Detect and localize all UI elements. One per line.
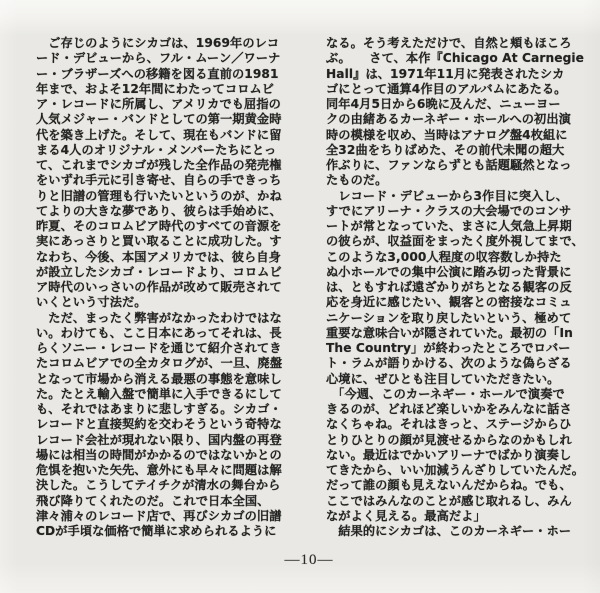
text-line: 津々浦々のレコード店で、再びシカゴの旧譜 (36, 509, 282, 524)
text-line: となって市場から消える最悪の事態を意味し (36, 372, 282, 387)
text-line: ゴにとって通算4作目のアルバムにあたる。 (326, 82, 572, 97)
text-line: が設立したシカゴ・レコードより、コロムビ (36, 265, 282, 280)
text-line: ートが常となっていた、まさに人気急上昇期 (326, 219, 572, 234)
text-line: いくという寸法だ。 (36, 295, 282, 310)
text-line: の彼らが、収益面をまったく度外視してまで、 (326, 234, 572, 249)
text-line: Hall』は、1971年11月に発表されたシカ (326, 67, 572, 82)
text-line: 危惧を抱いた矢先、意外にも早々に問題は解 (36, 463, 282, 478)
text-line: てきたから、いい加減うんざりしていたんだ。 (326, 463, 572, 478)
text-line: 全32曲をちりばめた、その前代未聞の超大 (326, 143, 572, 158)
text-line: りと旧譜の管理も行いたいというのが、かね (36, 189, 282, 204)
text-line: 応を身近に感じたい、観客との密接なコミュ (326, 295, 572, 310)
text-line: だって誰の顔も見えないんだからね。でも、 (326, 478, 572, 493)
text-column-right: なる。そう考えただけで、自然と頬もほころぶ。 さて、本作『Chicago At … (326, 36, 572, 539)
text-line: 飛び降りてくれたのだ。これで日本全国、 (36, 494, 282, 509)
text-line: とりひとりの顔が見渡せるからなのかもしれ (326, 433, 572, 448)
text-line: 「今週、このカーネギー・ホールで演奏で (326, 387, 572, 402)
text-line: い。わけても、ここ日本にあってそれは、長 (36, 326, 282, 341)
text-line: 作ぶりに、ファンならずとも話題騒然となっ (326, 158, 572, 173)
text-line: たものだ。 (326, 173, 572, 188)
text-line: 代を築き上げた。そして、現在もバンドに留 (36, 128, 282, 143)
text-line: レコード・デビューから3作目に突入し、 (326, 189, 572, 204)
text-line: ご存じのようにシカゴは、1969年のレコ (36, 36, 282, 51)
text-line: ぶ。 さて、本作『Chicago At Carnegie (326, 51, 572, 66)
text-line: CDが手頃な価格で簡単に求められるように (36, 524, 282, 539)
text-line: まる4人のオリジナル・メンバーたちにとっ (36, 143, 282, 158)
text-column-left: ご存じのようにシカゴは、1969年のレコード・デビューから、フル・ムーン／ワーナ… (36, 36, 282, 539)
text-line: たコロムビアでの全カタログが、一旦、廃盤 (36, 356, 282, 371)
text-line: は、ともすれば遠ざかりがちとなる観客の反 (326, 280, 572, 295)
text-line: 結果的にシカゴは、このカーネギー・ホー (326, 524, 572, 539)
text-line: ただ、まったく弊害がなかったわけではな (36, 311, 282, 326)
text-line: ここではみんなのことが感じ取れるし、みん (326, 494, 572, 509)
text-line: 場には相当の時間がかかるのではないかとの (36, 448, 282, 463)
text-line: ア時代のいっさいの作品が改めて販売されて (36, 280, 282, 295)
text-line: なくちゃね。それはきっと、ステージからひ (326, 417, 572, 432)
text-line: きるのが、どれほど楽しいかをみんなに話さ (326, 402, 572, 417)
text-line: The Country」が終わったところでロバー (326, 341, 572, 356)
text-line: ー・ブラザーズへの移籍を図る直前の1981 (36, 67, 282, 82)
text-line: 昨夏、そのコロムビア時代のすべての音源を (36, 219, 282, 234)
text-line: ぬ小ホールでの集中公演に踏み切った背景に (326, 265, 572, 280)
text-line: てよりの大きな夢であり、彼らは手始めに、 (36, 204, 282, 219)
text-line: をいずれ手元に引き寄せ、自らの手できっち (36, 173, 282, 188)
text-line: レコード会社が現れない限り、国内盤の再登 (36, 433, 282, 448)
text-line: 年まで、およそ12年間にわたってコロムビ (36, 82, 282, 97)
text-line: ニケーションを取り戻したいという、極めて (326, 311, 572, 326)
text-line: 同年4月5日から6晩に及んだ、ニューヨー (326, 97, 572, 112)
scanned-liner-notes-page: ご存じのようにシカゴは、1969年のレコード・デビューから、フル・ムーン／ワーナ… (0, 0, 600, 593)
text-line: ード・デビューから、フル・ムーン／ワーナ (36, 51, 282, 66)
text-line: ト・ラムが語りかける、次のような偽らざる (326, 356, 572, 371)
text-line: ながよく見える。最高だよ」 (326, 509, 572, 524)
text-line: すでにアリーナ・クラスの大会場でのコンサ (326, 204, 572, 219)
text-line: レコードと直接契約を交わそうという奇特な (36, 417, 282, 432)
page-number: —10— (0, 552, 600, 569)
text-line: も、それではあまりに悲しすぎる。シカゴ・ (36, 402, 282, 417)
text-line: て、これまでシカゴが残した全作品の発売権 (36, 158, 282, 173)
text-line: らくソニー・レコードを通じて紹介されてき (36, 341, 282, 356)
text-line: 心境に、ぜひとも注目していただきたい。 (326, 372, 572, 387)
text-line: た。たとえ輸入盤で簡単に入手できるにして (36, 387, 282, 402)
text-line: なわち、今後、本国アメリカでは、彼ら自身 (36, 250, 282, 265)
text-line: 時の模様を収め、当時はアナログ盤4枚組に (326, 128, 572, 143)
text-line: 決した。こうしてテイチクが清水の舞台から (36, 478, 282, 493)
text-line: 重要な意味合いが隠されていた。最初の「In (326, 326, 572, 341)
text-line: なる。そう考えただけで、自然と頬もほころ (326, 36, 572, 51)
text-line: ア・レコードに所属し、アメリカでも屈指の (36, 97, 282, 112)
text-line: 人気メジャー・バンドとしての第一期黄金時 (36, 112, 282, 127)
text-line: クの由緒あるカーネギー・ホールへの初出演 (326, 112, 572, 127)
text-line: ない。最近はでかいアリーナでばかり演奏し (326, 448, 572, 463)
text-line: このような3,000人程度の収容数しか持た (326, 250, 572, 265)
text-line: 実にあっさりと買い取ることに成功した。す (36, 234, 282, 249)
